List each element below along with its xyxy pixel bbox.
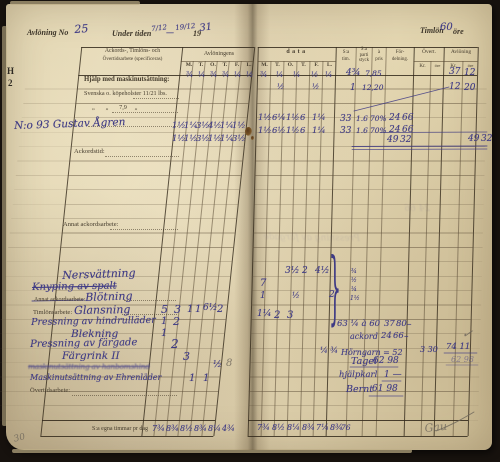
right-table-rules [0,0,500,462]
scanned-wage-book: Avlöning No25Under tiden7/12—19/121931Ti… [0,0,500,462]
